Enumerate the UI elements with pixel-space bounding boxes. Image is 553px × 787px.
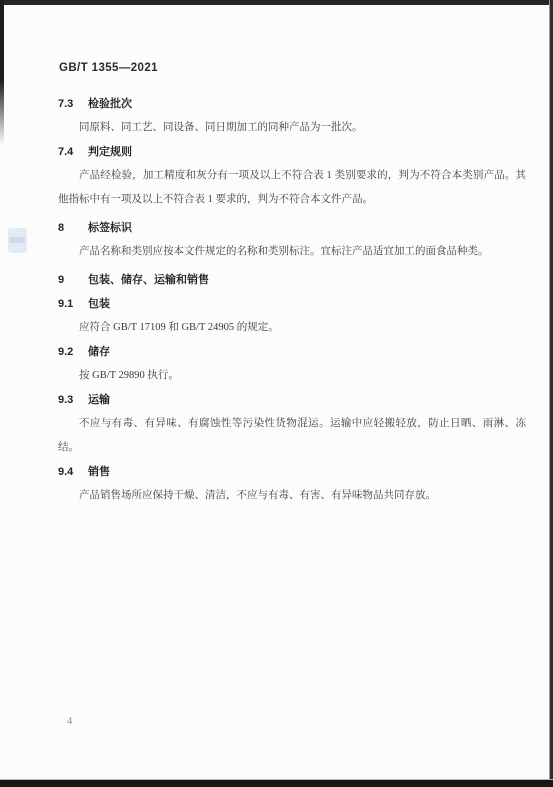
section-heading: 7.4判定规则 xyxy=(58,140,526,164)
section-number: 9 xyxy=(58,268,88,292)
section-number: 7.4 xyxy=(58,140,88,164)
scan-edge-bottom xyxy=(0,779,553,787)
scan-edge-right xyxy=(549,0,553,787)
section-title: 包装 xyxy=(88,298,110,310)
section-number: 9.1 xyxy=(58,292,88,316)
section-heading: 9包装、储存、运输和销售 xyxy=(58,268,526,292)
paragraph: 应符合 GB/T 17109 和 GB/T 24905 的规定。 xyxy=(58,316,526,340)
section-number: 9.4 xyxy=(58,460,88,484)
scan-edge-top xyxy=(0,0,553,5)
section-title: 检验批次 xyxy=(88,98,132,110)
section-number: 8 xyxy=(58,216,88,240)
section-title: 标签标识 xyxy=(88,222,132,234)
section-title: 运输 xyxy=(88,394,110,406)
section-title: 判定规则 xyxy=(88,146,132,158)
paragraph: 不应与有毒、有异味、有腐蚀性等污染性货物混运。运输中应轻搬轻放，防止日晒、雨淋、… xyxy=(58,412,526,460)
section-number: 7.3 xyxy=(58,92,88,116)
paragraph: 产品销售场所应保持干燥、清洁，不应与有毒、有害、有异味物品共同存放。 xyxy=(58,484,526,508)
section-heading: 9.3运输 xyxy=(58,388,526,412)
watermark-badge xyxy=(8,228,27,253)
section-heading: 9.4销售 xyxy=(58,460,526,484)
paragraph: 按 GB/T 29890 执行。 xyxy=(58,364,526,388)
section-title: 包装、储存、运输和销售 xyxy=(88,274,209,286)
section-heading: 7.3检验批次 xyxy=(58,92,526,116)
scan-edge-left xyxy=(0,0,4,145)
section-heading: 8标签标识 xyxy=(58,216,526,240)
paragraph: 产品经检验，加工精度和灰分有一项及以上不符合表 1 类别要求的，判为不符合本类别… xyxy=(58,164,526,212)
scanned-page: GB/T 1355—2021 7.3检验批次同原料、同工艺、同设备、同日期加工的… xyxy=(0,0,553,787)
standard-number: GB/T 1355—2021 xyxy=(59,62,158,74)
paragraph: 产品名称和类别应按本文件规定的名称和类别标注。宜标注产品适宜加工的面食品种类。 xyxy=(58,240,526,264)
section-title: 储存 xyxy=(88,346,110,358)
paragraph: 同原料、同工艺、同设备、同日期加工的同种产品为一批次。 xyxy=(58,116,526,140)
document-body: 7.3检验批次同原料、同工艺、同设备、同日期加工的同种产品为一批次。7.4判定规… xyxy=(58,78,526,508)
section-number: 9.2 xyxy=(58,340,88,364)
section-heading: 9.2储存 xyxy=(58,340,526,364)
page-number: 4 xyxy=(67,713,72,731)
section-title: 销售 xyxy=(88,466,110,478)
section-heading: 9.1包装 xyxy=(58,292,526,316)
section-number: 9.3 xyxy=(58,388,88,412)
